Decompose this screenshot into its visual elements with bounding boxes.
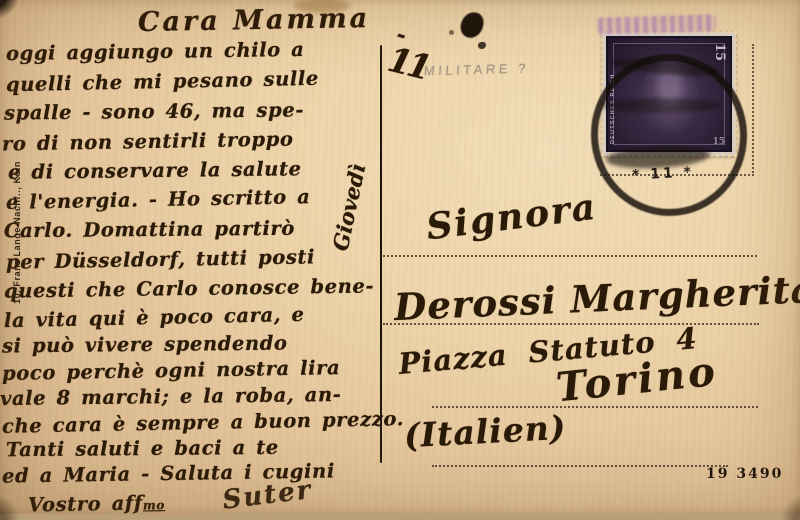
message-line: quelli che mi pesano sulle [6, 67, 319, 97]
stamp-value-top: 15 [712, 43, 727, 61]
message-line: Carlo. Domattina partirò [4, 217, 295, 243]
violet-overprint-smudge [598, 14, 716, 34]
message-line: ro di non sentirli troppo [2, 127, 294, 155]
address-line-title: Signora [424, 186, 599, 249]
closing-text: Vostro aff [28, 491, 143, 514]
center-divider-line [380, 45, 382, 463]
dark-corner-top-left [0, 0, 19, 19]
message-line: e l'energia. - Ho scritto a [6, 185, 311, 214]
message-line: questi che Carlo conosce bene- [4, 274, 374, 302]
message-line: e di conservare la salute [8, 157, 302, 184]
message-line: Tanti saluti e baci a te [6, 436, 279, 461]
ink-speck [478, 42, 486, 49]
message-line: che cara è sempre a buon prezzo. [2, 407, 404, 438]
address-line-country: (Italien) [403, 408, 567, 455]
dark-corner-bottom-right [780, 494, 800, 514]
message-line: si può vivere spendendo [2, 332, 288, 358]
address-ruled-line-4 [432, 465, 728, 467]
ink-speck [449, 30, 454, 35]
closing-superscript: mo [143, 498, 165, 512]
message-line: poco perchè ogni nostra lira [2, 356, 341, 385]
message-line: vale 8 marchi; e la roba, an- [0, 383, 342, 410]
day-note: Giovedì [328, 162, 371, 253]
message-line: spalle - sono 46, ma spe- [4, 98, 304, 124]
pencil-annotation: MILITARE ? [423, 61, 529, 79]
address-line-name: Derossi Margherita [393, 267, 800, 329]
message-line: per Düsseldorf, tutti posti [6, 245, 315, 273]
postcard-back: Cara Mamma oggi aggiungo un chilo a quel… [0, 0, 800, 514]
message-closing: Vostro affmoSuter [28, 484, 313, 514]
message-line: oggi aggiungo un chilo a [6, 38, 305, 65]
ink-blot [459, 10, 486, 40]
address-ruled-line-1 [383, 255, 757, 257]
postmark-smudge [600, 98, 722, 113]
publisher-imprint: 10. Franz Lange Nachf.., Köln [12, 104, 22, 304]
dark-corner-bottom-left [0, 494, 20, 514]
message-line: la vita qui è poco cara, e [4, 303, 305, 332]
serial-number: 19 3490 [706, 466, 783, 482]
